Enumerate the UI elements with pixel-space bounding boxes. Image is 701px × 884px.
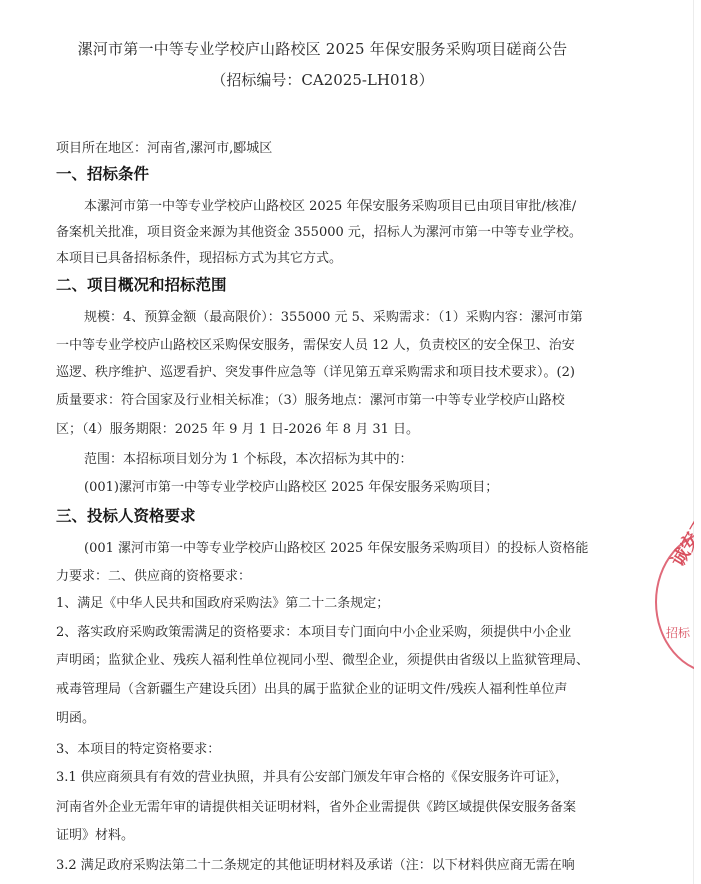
paragraph-line: 范围：本招标项目划分为 1 个标段，本次招标为其中的： bbox=[84, 448, 413, 467]
paragraph-line: 证明》材料。 bbox=[56, 824, 134, 843]
section-heading-2: 二、项目概况和招标范围 bbox=[56, 273, 227, 295]
stamp-subtext: 招标 bbox=[666, 624, 690, 641]
section-heading-3: 三、投标人资格要求 bbox=[56, 504, 196, 526]
section-heading-1: 一、招标条件 bbox=[56, 162, 149, 184]
tender-number: （招标编号：CA2025-LH018） bbox=[0, 69, 673, 90]
paragraph-line: 力要求：二、供应商的资格要求： bbox=[56, 565, 251, 584]
paragraph-line: 声明函；监狱企业、残疾人福利性单位视同小型、微型企业，须提供由省级以上监狱管理局… bbox=[56, 649, 589, 668]
paragraph-line: (001 漯河市第一中等专业学校庐山路校区 2025 年保安服务采购项目）的投标… bbox=[84, 537, 588, 556]
paragraph-line: 质量要求：符合国家及行业相关标准；（3）服务地点：漯河市第一中等专业学校庐山路校 bbox=[56, 389, 565, 408]
paragraph-line: 明函。 bbox=[56, 707, 95, 726]
document-title: 漯河市第一中等专业学校庐山路校区 2025 年保安服务采购项目磋商公告 bbox=[0, 38, 673, 59]
paragraph-line: 一中等专业学校庐山路校区采购保安服务，需保安人员 12 人，负责校区的安全保卫、… bbox=[56, 334, 575, 353]
paragraph-line: 1、满足《中华人民共和国政府采购法》第二十二条规定； bbox=[56, 592, 389, 611]
paragraph-line: 3.1 供应商须具有有效的营业执照，并具有公安部门颁发年审合格的《保安服务许可证… bbox=[56, 766, 568, 785]
paragraph-line: 2、落实政府采购政策需满足的资格要求：本项目专门面向中小企业采购，须提供中小企业 bbox=[56, 621, 571, 640]
project-region: 项目所在地区：河南省,漯河市,郾城区 bbox=[56, 137, 272, 156]
paragraph-line: 本漯河市第一中等专业学校庐山路校区 2025 年保安服务采购项目已由项目审批/核… bbox=[84, 195, 576, 214]
paragraph-line: (001)漯河市第一中等专业学校庐山路校区 2025 年保安服务采购项目； bbox=[84, 476, 498, 495]
paragraph-line: 区；（4）服务期限：2025 年 9 月 1 日-2026 年 8 月 31 日… bbox=[56, 418, 419, 437]
page-edge bbox=[693, 0, 694, 884]
paragraph-line: 3.2 满足政府采购法第二十二条规定的其他证明材料及承诺（注：以下材料供应商无需… bbox=[56, 854, 575, 873]
paragraph-line: 戒毒管理局（含新疆生产建设兵团）出具的属于监狱企业的证明文件/残疾人福利性单位声 bbox=[56, 678, 567, 697]
paragraph-line: 备案机关批准，项目资金来源为其他资金 355000 元，招标人为漯河市第一中等专… bbox=[56, 221, 582, 240]
company-seal-stamp bbox=[655, 530, 694, 674]
paragraph-line: 规模：4、预算金额（最高限价）：355000 元 5、采购需求：（1）采购内容：… bbox=[84, 306, 583, 325]
paragraph-line: 巡逻、秩序维护、巡逻看护、突发事件应急等（详见第五章采购需求和项目技术要求）。(… bbox=[56, 361, 575, 380]
paragraph-line: 3、本项目的特定资格要求： bbox=[56, 738, 220, 757]
paragraph-line: 河南省外企业无需年审的请提供相关证明材料，省外企业需提供《跨区域提供保安服务备案 bbox=[56, 796, 576, 815]
paragraph-line: 本项目已具备招标条件，现招标方式为其它方式。 bbox=[56, 247, 342, 266]
stamp-text: 诚安工程 bbox=[664, 496, 694, 571]
